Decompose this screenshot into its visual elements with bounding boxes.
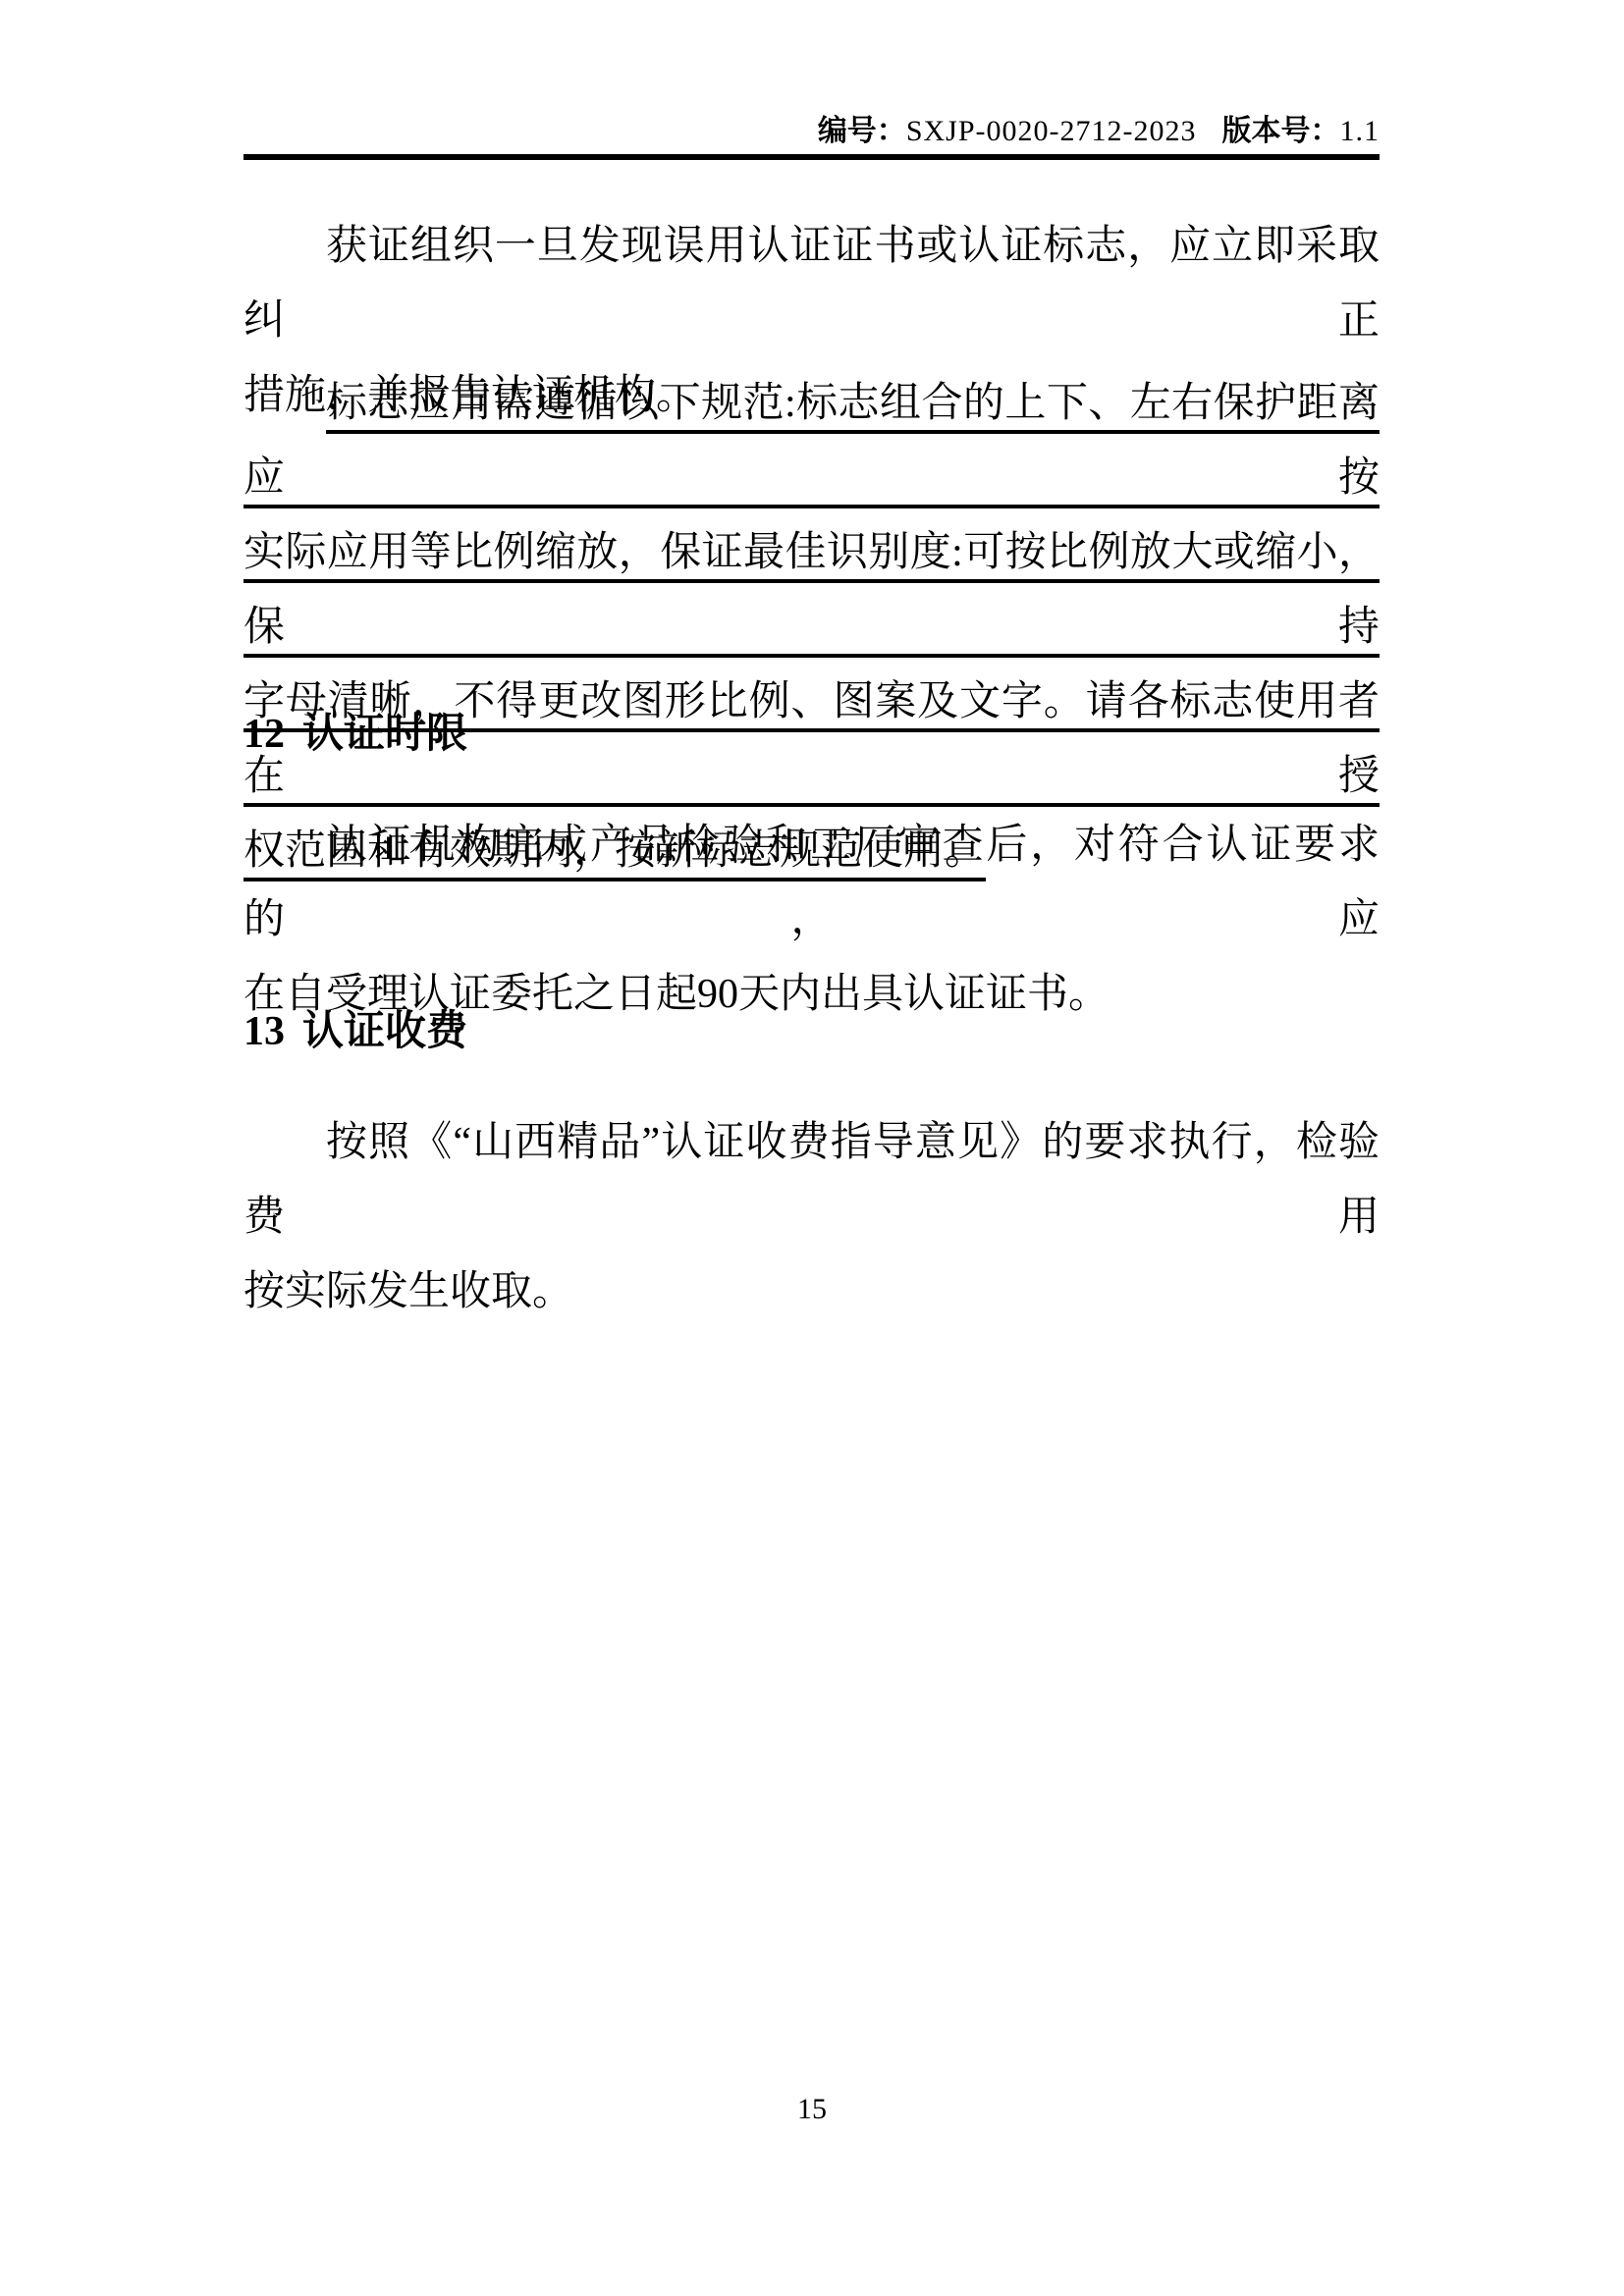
text-line: 获证组织一旦发现误用认证证书或认证标志，应立即采取纠正 — [244, 209, 1380, 358]
header-rule — [244, 154, 1380, 160]
section-12-number: 12 — [244, 712, 285, 757]
text-line: 标志应用需遵循以下规范:标志组合的上下、左右保护距离应按 — [244, 366, 1380, 515]
text-line: 按实际发生收取。 — [244, 1255, 1380, 1329]
paragraph-certification-fees: 按照《“山西精品”认证收费指导意见》的要求执行，检验费用按实际发生收取。 — [244, 1105, 1380, 1329]
section-12-title: 认证时限 — [302, 712, 467, 757]
section-heading-13: 13认证收费 — [244, 1006, 467, 1057]
doc-code-label: 编号： — [818, 115, 906, 147]
section-13-title: 认证收费 — [302, 1009, 467, 1054]
paragraph-certification-time-limit: 认证机构完成产品检验和工厂审查后，对符合认证要求的，应在自受理认证委托之日起90… — [244, 808, 1380, 1032]
page-number: 15 — [0, 2093, 1624, 2126]
text-line: 按照《“山西精品”认证收费指导意见》的要求执行，检验费用 — [244, 1105, 1380, 1255]
doc-version-label: 版本号： — [1222, 115, 1340, 147]
section-13-number: 13 — [244, 1009, 285, 1054]
text-line: 认证机构完成产品检验和工厂审查后，对符合认证要求的，应 — [244, 808, 1380, 957]
doc-code-value: SXJP-0020-2712-2023 — [906, 115, 1197, 147]
document-page: 编号：SXJP-0020-2712-2023版本号：1.1 获证组织一旦发现误用… — [0, 0, 1624, 2296]
section-heading-12: 12认证时限 — [244, 709, 467, 760]
doc-version-value: 1.1 — [1340, 115, 1380, 147]
page-header: 编号：SXJP-0020-2712-2023版本号：1.1 — [818, 114, 1380, 149]
text-line: 实际应用等比例缩放，保证最佳识别度:可按比例放大或缩小，保持 — [244, 515, 1380, 665]
